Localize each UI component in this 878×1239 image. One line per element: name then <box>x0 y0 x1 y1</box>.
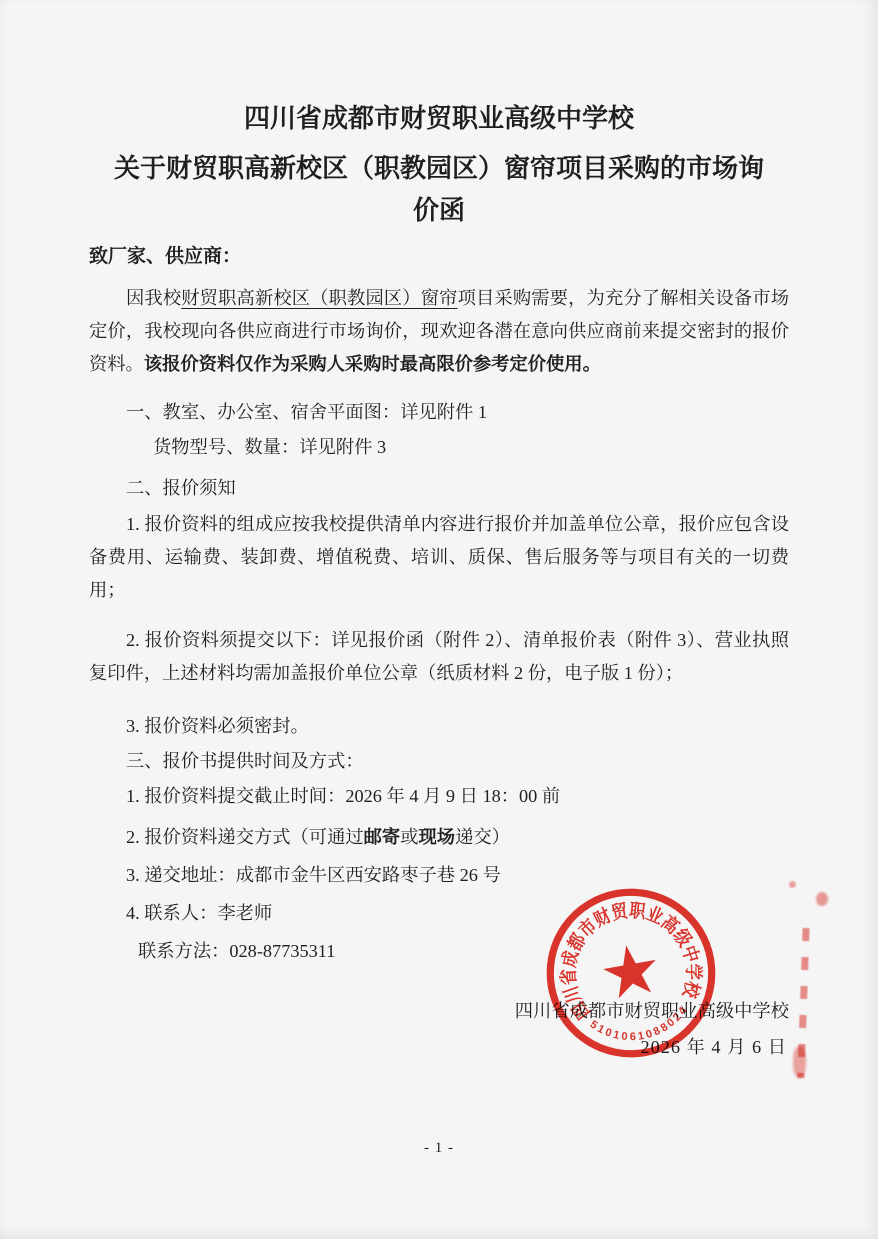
star-icon <box>600 941 661 1000</box>
document-subtitle: 关于财贸职高新校区（职教园区）窗帘项目采购的市场询价函 <box>113 148 765 232</box>
document-page: 四川省成都市财贸职业高级中学校 关于财贸职高新校区（职教园区）窗帘项目采购的市场… <box>0 0 878 1239</box>
delivery-method-post: 递交） <box>455 827 510 847</box>
document-content: 四川省成都市财贸职业高级中学校 关于财贸职高新校区（职教园区）窗帘项目采购的市场… <box>0 0 878 1066</box>
delivery-method-mail: 邮寄 <box>364 827 401 847</box>
intro-lead: 因我校 <box>126 288 181 308</box>
svg-text:5101061088024: 5101061088024 <box>586 1002 694 1051</box>
seal-serial-number: 5101061088024 <box>586 1002 694 1051</box>
list-item-quote-notice: 二、报价须知 <box>89 471 789 505</box>
list-item-time-method: 三、报价书提供时间及方式： <box>89 744 789 778</box>
intro-paragraph: 因我校财贸职高新校区（职教园区）窗帘项目采购需要，为充分了解相关设备市场定价，我… <box>89 282 789 381</box>
list-item-delivery-method: 2. 报价资料递交方式（可通过邮寄或现场递交） <box>89 820 789 854</box>
delivery-method-onsite: 现场 <box>419 827 456 847</box>
list-item-goods-model: 货物型号、数量：详见附件 3 <box>89 430 789 464</box>
intro-bold-note: 该报价资料仅作为采购人采购时最高限价参考定价使用。 <box>144 354 601 374</box>
list-item-deadline: 1. 报价资料提交截止时间：2026 年 4 月 9 日 18：00 前 <box>89 779 789 813</box>
page-number: - 1 - <box>0 1140 878 1157</box>
list-item-attachments-plan: 一、教室、办公室、宿舍平面图：详见附件 1 <box>89 395 789 429</box>
intro-underlined-project: 财贸职高新校区（职教园区）窗帘 <box>181 288 457 308</box>
list-item-quote-sealed: 3. 报价资料必须密封。 <box>89 709 789 743</box>
delivery-method-pre: 2. 报价资料递交方式（可通过 <box>126 827 364 847</box>
delivery-method-or: 或 <box>400 827 418 847</box>
list-item-quote-composition: 1. 报价资料的组成应按我校提供清单内容进行报价并加盖单位公章，报价应包含设备费… <box>89 508 789 607</box>
list-item-quote-submission: 2. 报价资料须提交以下：详见报价函（附件 2）、清单报价表（附件 3）、营业执… <box>89 624 789 690</box>
salutation-line: 致厂家、供应商： <box>89 240 789 274</box>
document-title: 四川省成都市财贸职业高级中学校 <box>89 100 789 138</box>
official-seal-stamp: 四川省成都市财贸职业高级中学校 5101061088024 <box>533 875 730 1072</box>
